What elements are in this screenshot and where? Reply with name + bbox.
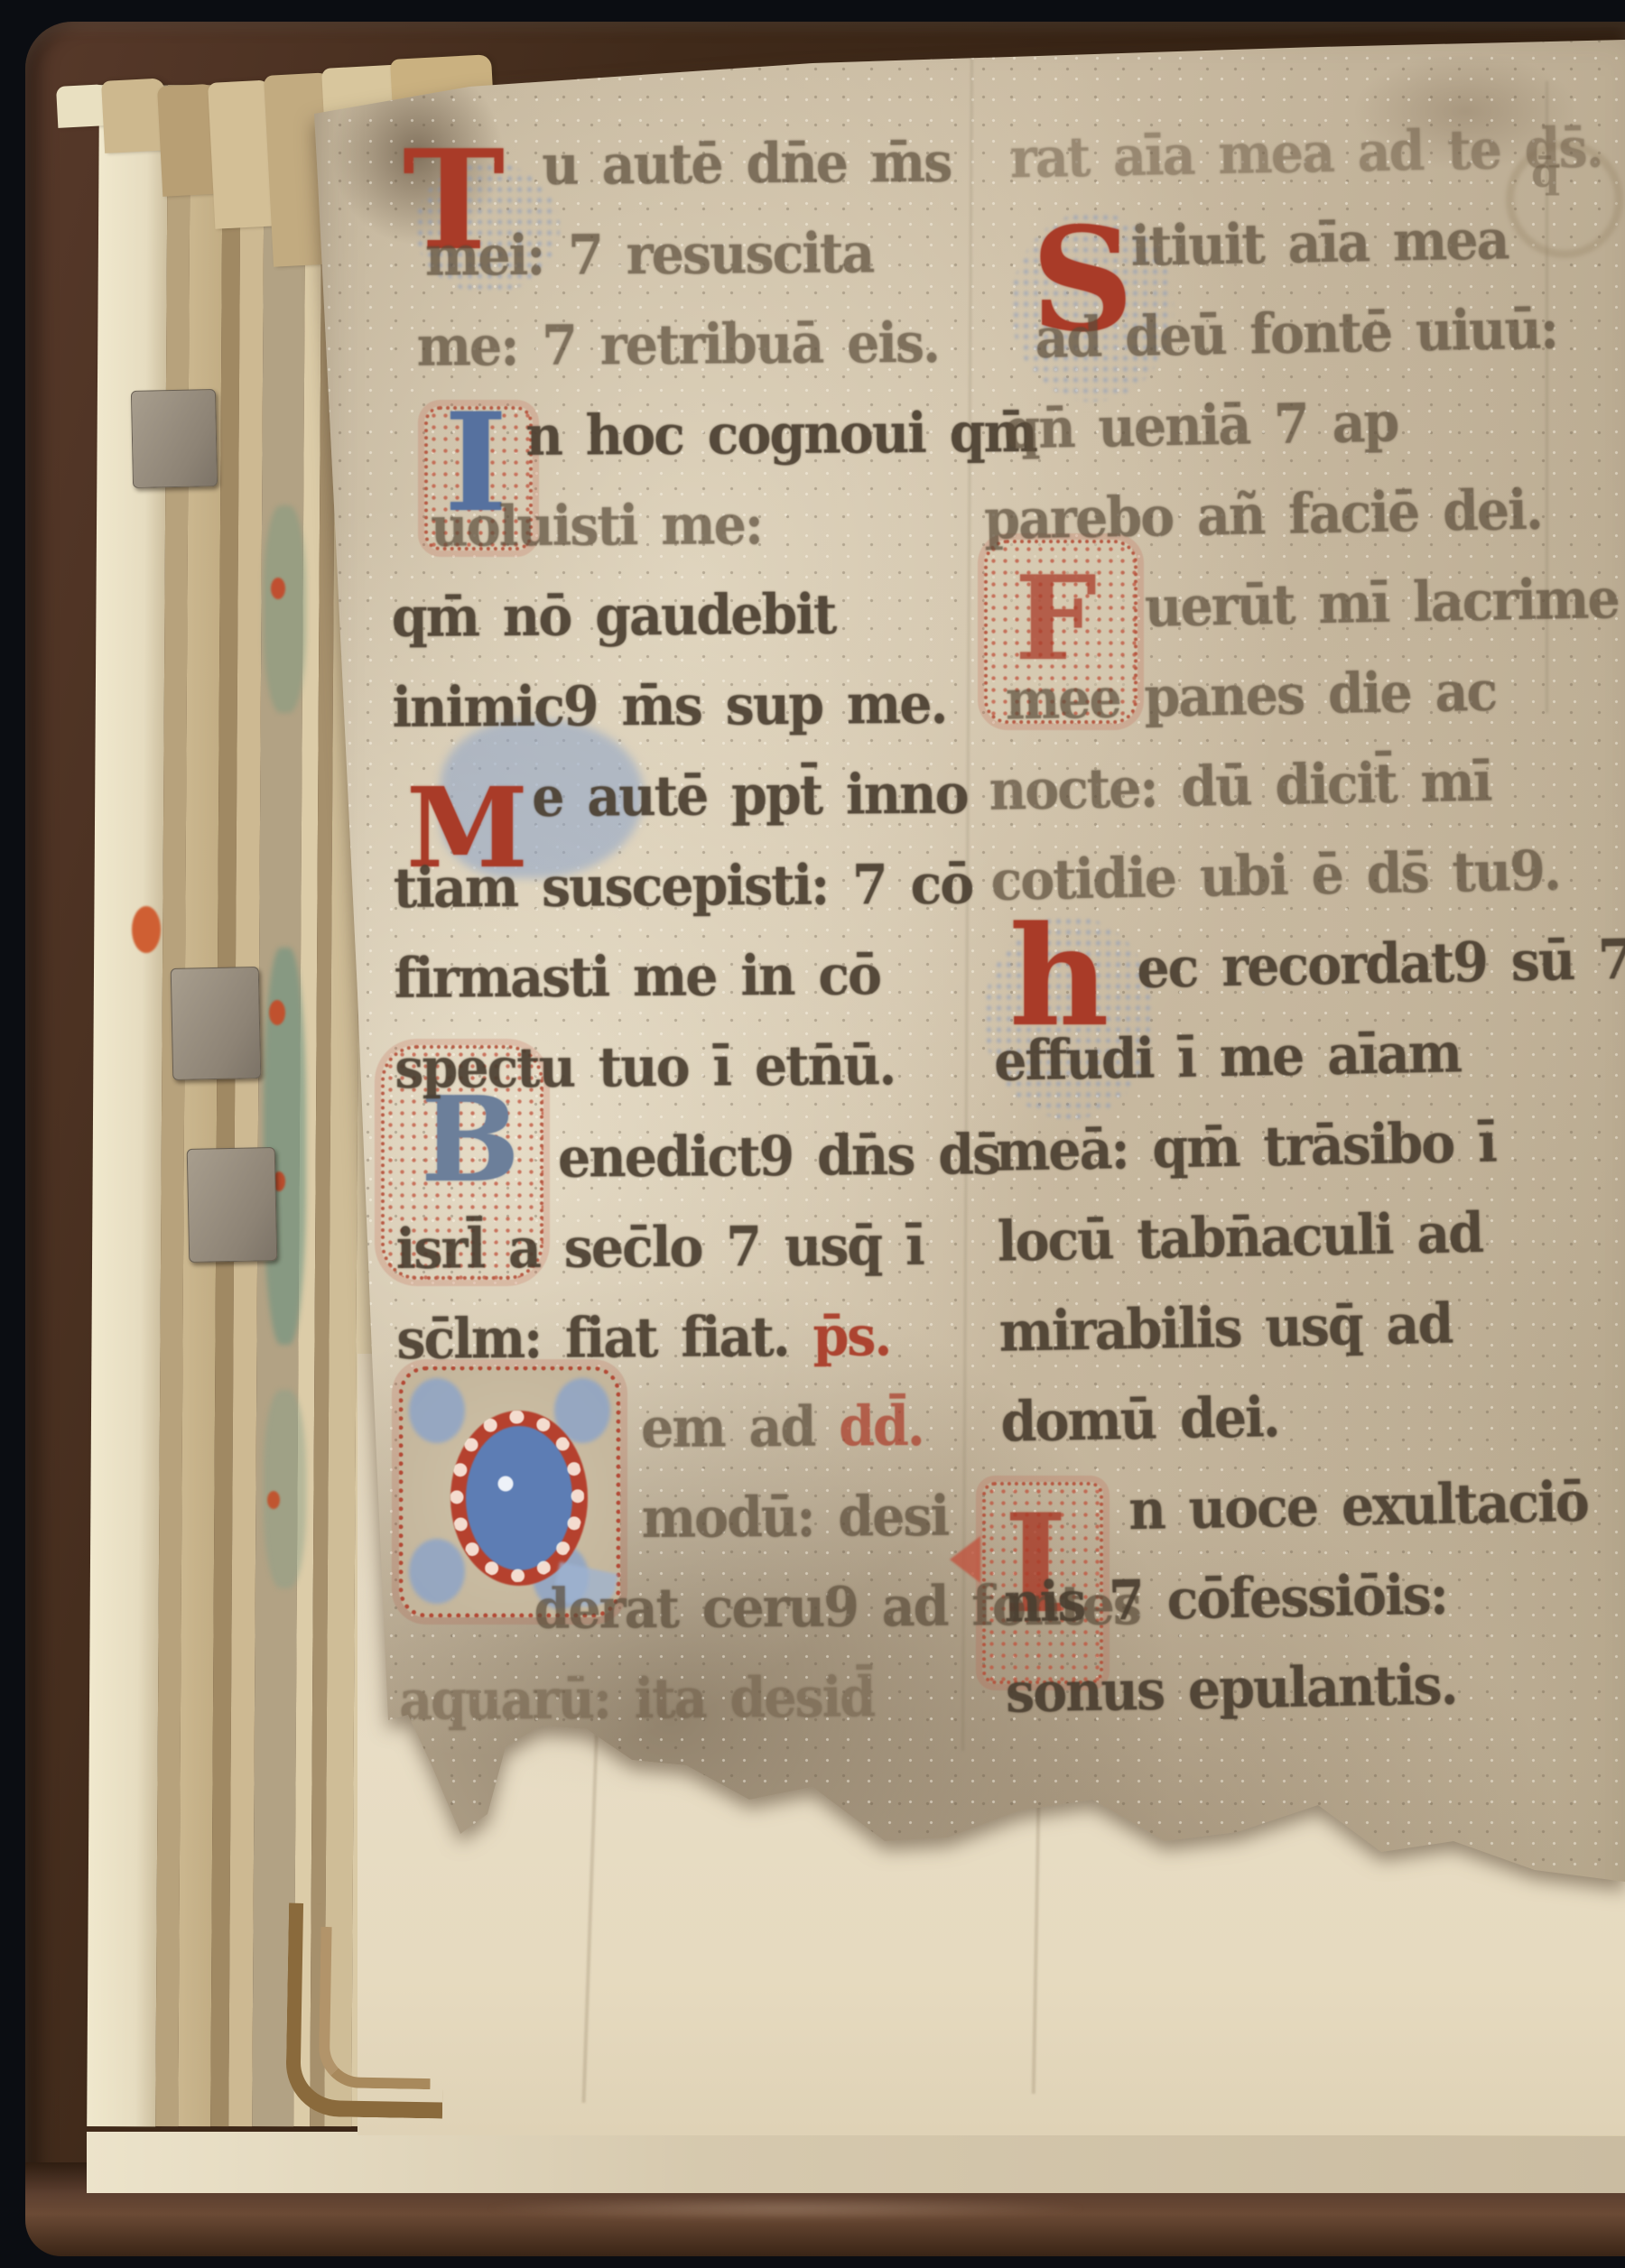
bookmark-tab[interactable] xyxy=(171,967,262,1080)
text-line: isrl̄ a sec̄lo 7 usq̄ ī xyxy=(395,1200,974,1301)
text-line: tiam suscepisti: 7 cō xyxy=(394,839,972,940)
parchment-leaf-wrap: q̄ T I M B S F h I u autē dn̄e m̄s mei: … xyxy=(298,27,1625,2139)
text-line: sonus epulantis. xyxy=(1005,1636,1625,1745)
edge-paint-dot xyxy=(267,1491,280,1509)
bookmark-tab[interactable] xyxy=(131,389,218,488)
text-line: qm̄ nō gaudebit xyxy=(391,569,970,669)
edge-paint-blob xyxy=(132,906,161,953)
parchment-leaf[interactable]: q̄ T I M B S F h I u autē dn̄e m̄s mei: … xyxy=(298,27,1625,2139)
rubric-david-mark: dd̄. xyxy=(839,1393,924,1458)
rubric-psalm-mark: p̄s. xyxy=(812,1304,890,1369)
text-line: mei: 7 resuscita xyxy=(389,208,1004,309)
text-line: spectu tuo ī etn̄ū. xyxy=(395,1020,973,1120)
text-line: uoluisti me: xyxy=(391,478,1009,579)
edge-paint-dot xyxy=(271,578,285,599)
text-line: me: 7 retribuā eis. xyxy=(389,298,995,399)
text-column-left: u autē dn̄e m̄s mei: 7 resuscita me: 7 r… xyxy=(388,121,966,125)
edge-paint-dot xyxy=(269,1000,285,1025)
text-line-torn: aquarū: ita desid̄ xyxy=(399,1652,978,1752)
text-line: sc̄lm: fiat fiat. p̄s. xyxy=(396,1291,975,1391)
text-line-body: sc̄lm: fiat fiat. xyxy=(396,1304,789,1372)
text-line: inimic9 m̄s sup me. xyxy=(392,659,970,759)
bookmark-tab[interactable] xyxy=(187,1147,278,1263)
text-line-body: em ad xyxy=(641,1394,815,1460)
manuscript-photo: { "page": { "left_column": { "lines": [ … xyxy=(0,0,1625,2268)
flyleaf-bottom-edge xyxy=(87,2132,1625,2193)
leather-gloss-highlight xyxy=(379,2193,1192,2224)
text-column-right: rat aīa mea ad te ds̄. itiuit aīa mea ad… xyxy=(977,106,1620,117)
text-line: firmasti me in cō xyxy=(394,930,972,1030)
